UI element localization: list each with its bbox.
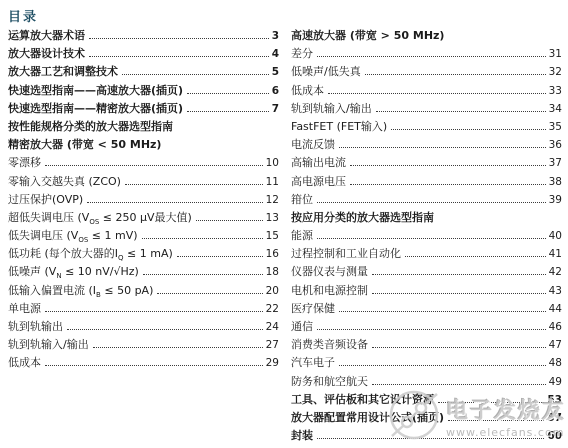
toc-page-number: 20	[266, 285, 279, 297]
toc-leader-dots	[187, 92, 269, 94]
toc-page-number: 7	[272, 103, 279, 115]
toc-entry-label: 零输入交越失真 (ZCO)	[8, 173, 121, 189]
toc-entry: 低功耗 (每个放大器的IQ ≤ 1 mA)16	[8, 245, 279, 263]
toc-title: 目录	[8, 6, 38, 25]
toc-page-number: 34	[549, 103, 562, 115]
toc-entry: 零输入交越失真 (ZCO)11	[8, 173, 279, 191]
toc-entry: 医疗保健44	[291, 300, 562, 318]
toc-entry: 按应用分类的放大器选型指南	[291, 209, 562, 227]
toc-page-number: 18	[266, 266, 279, 278]
toc-entry: 低输入偏置电流 (IB ≤ 50 pA)20	[8, 282, 279, 300]
toc-entry: 快速选型指南——精密放大器(插页)7	[8, 100, 279, 118]
toc-leader-dots	[143, 273, 263, 275]
toc-leader-dots	[350, 164, 546, 166]
toc-leader-dots	[125, 183, 263, 185]
toc-entry: 过压保护(OVP)12	[8, 191, 279, 209]
toc-entry-label: 放大器配置常用设计公式(插页)	[291, 409, 444, 425]
toc-entry-label: 低成本	[8, 354, 41, 370]
toc-page-number: 39	[549, 194, 562, 206]
toc-entry-label: 电机和电源控制	[291, 282, 368, 298]
toc-entry-label: 轨到轨输入/输出	[291, 100, 372, 116]
toc-entry: 高速放大器 (带宽 > 50 MHz)	[291, 27, 562, 45]
toc-entry-label: 快速选型指南——高速放大器(插页)	[8, 82, 183, 98]
toc-entry: 通信46	[291, 318, 562, 336]
toc-page-number: 40	[549, 230, 562, 242]
toc-leader-dots	[67, 328, 263, 330]
toc-page-number: 32	[549, 66, 562, 78]
toc-entry-label: 单电源	[8, 300, 41, 316]
toc-entry: 放大器配置常用设计公式(插页)57	[291, 409, 562, 427]
toc-entry-label: 电流反馈	[291, 136, 335, 152]
toc-entry: 低成本29	[8, 354, 279, 372]
toc-entry-label: 高输出电流	[291, 154, 346, 170]
toc-page-number: 49	[549, 376, 562, 388]
toc-entry: 高输出电流37	[291, 154, 562, 172]
toc-entry-label: 医疗保健	[291, 300, 335, 316]
toc-entry: 超低失调电压 (VOS ≤ 250 μV最大值)13	[8, 209, 279, 227]
toc-leader-dots	[45, 364, 263, 366]
toc-page-number: 44	[549, 303, 562, 315]
toc-entry-label: 能源	[291, 227, 313, 243]
toc-entry: 仪器仪表与测量42	[291, 263, 562, 281]
toc-entry-label: 消费类音频设备	[291, 336, 368, 352]
toc-leader-dots	[317, 328, 546, 330]
toc-entry: 电流反馈36	[291, 136, 562, 154]
toc-page-number: 43	[549, 285, 562, 297]
toc-entry: 封装60	[291, 427, 562, 445]
toc-leader-dots	[87, 201, 262, 203]
toc-entry-label: FastFET (FET输入)	[291, 118, 387, 134]
toc-entry: 低噪声/低失真32	[291, 63, 562, 81]
toc-entry-label: 精密放大器 (带宽 < 50 MHz)	[8, 136, 161, 152]
toc-entry: 按性能规格分类的放大器选型指南	[8, 118, 279, 136]
toc-entry: 单电源22	[8, 300, 279, 318]
toc-leader-dots	[122, 73, 269, 75]
toc-columns: 运算放大器术语3放大器设计技术4放大器工艺和调整技术5快速选型指南——高速放大器…	[8, 27, 562, 445]
toc-leader-dots	[89, 37, 269, 39]
toc-entry: 低成本33	[291, 82, 562, 100]
toc-entry: 箝位39	[291, 191, 562, 209]
toc-entry-label: 运算放大器术语	[8, 27, 85, 43]
toc-page-number: 42	[549, 266, 562, 278]
toc-page-number: 48	[549, 357, 562, 369]
toc-right-column: 高速放大器 (带宽 > 50 MHz)差分31低噪声/低失真32低成本33轨到轨…	[291, 27, 562, 445]
toc-entry-label: 超低失调电压 (VOS ≤ 250 μV最大值)	[8, 209, 192, 225]
toc-page-number: 46	[549, 321, 562, 333]
toc-leader-dots	[142, 237, 263, 239]
toc-page-number: 22	[266, 303, 279, 315]
toc-leader-dots	[391, 128, 545, 130]
toc-leader-dots	[405, 255, 546, 257]
document-page: 目录 运算放大器术语3放大器设计技术4放大器工艺和调整技术5快速选型指南——高速…	[0, 0, 568, 448]
toc-entry: 放大器设计技术4	[8, 45, 279, 63]
toc-entry-label: 封装	[291, 427, 313, 443]
toc-entry: 精密放大器 (带宽 < 50 MHz)	[8, 136, 279, 154]
toc-leader-dots	[187, 110, 269, 112]
toc-entry: 汽车电子48	[291, 354, 562, 372]
toc-entry-label: 过程控制和工业自动化	[291, 245, 401, 261]
toc-entry-label: 按性能规格分类的放大器选型指南	[8, 118, 173, 134]
toc-leader-dots	[45, 164, 263, 166]
toc-leader-dots	[376, 110, 546, 112]
toc-entry-label: 低失调电压 (VOS ≤ 1 mV)	[8, 227, 138, 243]
toc-entry-label: 汽车电子	[291, 354, 335, 370]
toc-entry: 快速选型指南——高速放大器(插页)6	[8, 82, 279, 100]
toc-page-number: 31	[549, 48, 562, 60]
toc-leader-dots	[372, 292, 546, 294]
toc-leader-dots	[372, 346, 546, 348]
toc-entry: 低噪声 (VN ≤ 10 nV/√Hz)18	[8, 263, 279, 281]
toc-page-number: 3	[272, 30, 279, 42]
toc-leader-dots	[317, 201, 546, 203]
toc-entry: 防务和航空航天49	[291, 373, 562, 391]
toc-entry: 过程控制和工业自动化41	[291, 245, 562, 263]
toc-entry-label: 放大器设计技术	[8, 45, 85, 61]
toc-entry: 能源40	[291, 227, 562, 245]
toc-entry-label: 轨到轨输入/输出	[8, 336, 89, 352]
toc-entry: 轨到轨输出24	[8, 318, 279, 336]
toc-entry: 消费类音频设备47	[291, 336, 562, 354]
toc-entry-label: 按应用分类的放大器选型指南	[291, 209, 434, 225]
toc-leader-dots	[196, 219, 263, 221]
toc-entry: 轨到轨输入/输出34	[291, 100, 562, 118]
toc-entry: 零漂移10	[8, 154, 279, 172]
toc-entry-label: 低噪声/低失真	[291, 63, 361, 79]
toc-leader-dots	[372, 273, 546, 275]
toc-entry-label: 通信	[291, 318, 313, 334]
toc-page-number: 13	[266, 212, 279, 224]
toc-leader-dots	[157, 292, 262, 294]
toc-entry-label: 低成本	[291, 82, 324, 98]
toc-entry-label: 防务和航空航天	[291, 373, 368, 389]
toc-entry-label: 零漂移	[8, 154, 41, 170]
toc-page-number: 24	[266, 321, 279, 333]
toc-page-number: 5	[272, 66, 279, 78]
toc-leader-dots	[448, 419, 544, 421]
toc-entry-label: 过压保护(OVP)	[8, 191, 83, 207]
toc-entry: 高电源电压38	[291, 173, 562, 191]
toc-page-number: 47	[549, 339, 562, 351]
toc-entry: 电机和电源控制43	[291, 282, 562, 300]
toc-left-column: 运算放大器术语3放大器设计技术4放大器工艺和调整技术5快速选型指南——高速放大器…	[8, 27, 279, 445]
toc-page-number: 27	[266, 339, 279, 351]
toc-entry-label: 差分	[291, 45, 313, 61]
toc-entry-label: 放大器工艺和调整技术	[8, 63, 118, 79]
toc-leader-dots	[89, 55, 269, 57]
toc-entry-label: 低输入偏置电流 (IB ≤ 50 pA)	[8, 282, 153, 298]
toc-page-number: 36	[549, 139, 562, 151]
toc-page-number: 4	[272, 48, 279, 60]
toc-page-number: 6	[272, 85, 279, 97]
toc-page-number: 37	[549, 157, 562, 169]
toc-entry: 放大器工艺和调整技术5	[8, 63, 279, 81]
toc-leader-dots	[339, 310, 546, 312]
toc-leader-dots	[317, 237, 546, 239]
toc-leader-dots	[45, 310, 263, 312]
toc-page-number: 60	[547, 430, 562, 442]
toc-leader-dots	[339, 364, 546, 366]
toc-leader-dots	[93, 346, 263, 348]
toc-entry-label: 低噪声 (VN ≤ 10 nV/√Hz)	[8, 263, 139, 279]
toc-leader-dots	[328, 92, 546, 94]
toc-leader-dots	[438, 401, 544, 403]
toc-entry-label: 箝位	[291, 191, 313, 207]
toc-page-number: 11	[266, 176, 279, 188]
toc-leader-dots	[177, 255, 263, 257]
toc-page-number: 57	[547, 412, 562, 424]
toc-entry: 低失调电压 (VOS ≤ 1 mV)15	[8, 227, 279, 245]
toc-entry-label: 高速放大器 (带宽 > 50 MHz)	[291, 27, 444, 43]
toc-entry: 轨到轨输入/输出27	[8, 336, 279, 354]
toc-page-number: 33	[549, 85, 562, 97]
toc-leader-dots	[339, 146, 546, 148]
toc-page-number: 12	[266, 194, 279, 206]
toc-entry-label: 轨到轨输出	[8, 318, 63, 334]
toc-entry: 差分31	[291, 45, 562, 63]
toc-page-number: 53	[547, 394, 562, 406]
toc-page-number: 16	[266, 248, 279, 260]
toc-page-number: 15	[266, 230, 279, 242]
toc-leader-dots	[317, 437, 544, 439]
toc-leader-dots	[365, 73, 546, 75]
toc-leader-dots	[350, 183, 546, 185]
toc-entry-label: 低功耗 (每个放大器的IQ ≤ 1 mA)	[8, 245, 173, 261]
toc-page-number: 29	[266, 357, 279, 369]
toc-entry: 工具、评估板和其它设计资源53	[291, 391, 562, 409]
toc-page-number: 10	[266, 157, 279, 169]
toc-entry: 运算放大器术语3	[8, 27, 279, 45]
toc-entry-label: 工具、评估板和其它设计资源	[291, 391, 434, 407]
toc-leader-dots	[317, 55, 546, 57]
toc-page-number: 38	[549, 176, 562, 188]
toc-entry-label: 高电源电压	[291, 173, 346, 189]
toc-entry: FastFET (FET输入)35	[291, 118, 562, 136]
toc-page-number: 35	[549, 121, 562, 133]
toc-page-number: 41	[549, 248, 562, 260]
toc-leader-dots	[372, 383, 546, 385]
toc-entry-label: 仪器仪表与测量	[291, 263, 368, 279]
toc-entry-label: 快速选型指南——精密放大器(插页)	[8, 100, 183, 116]
